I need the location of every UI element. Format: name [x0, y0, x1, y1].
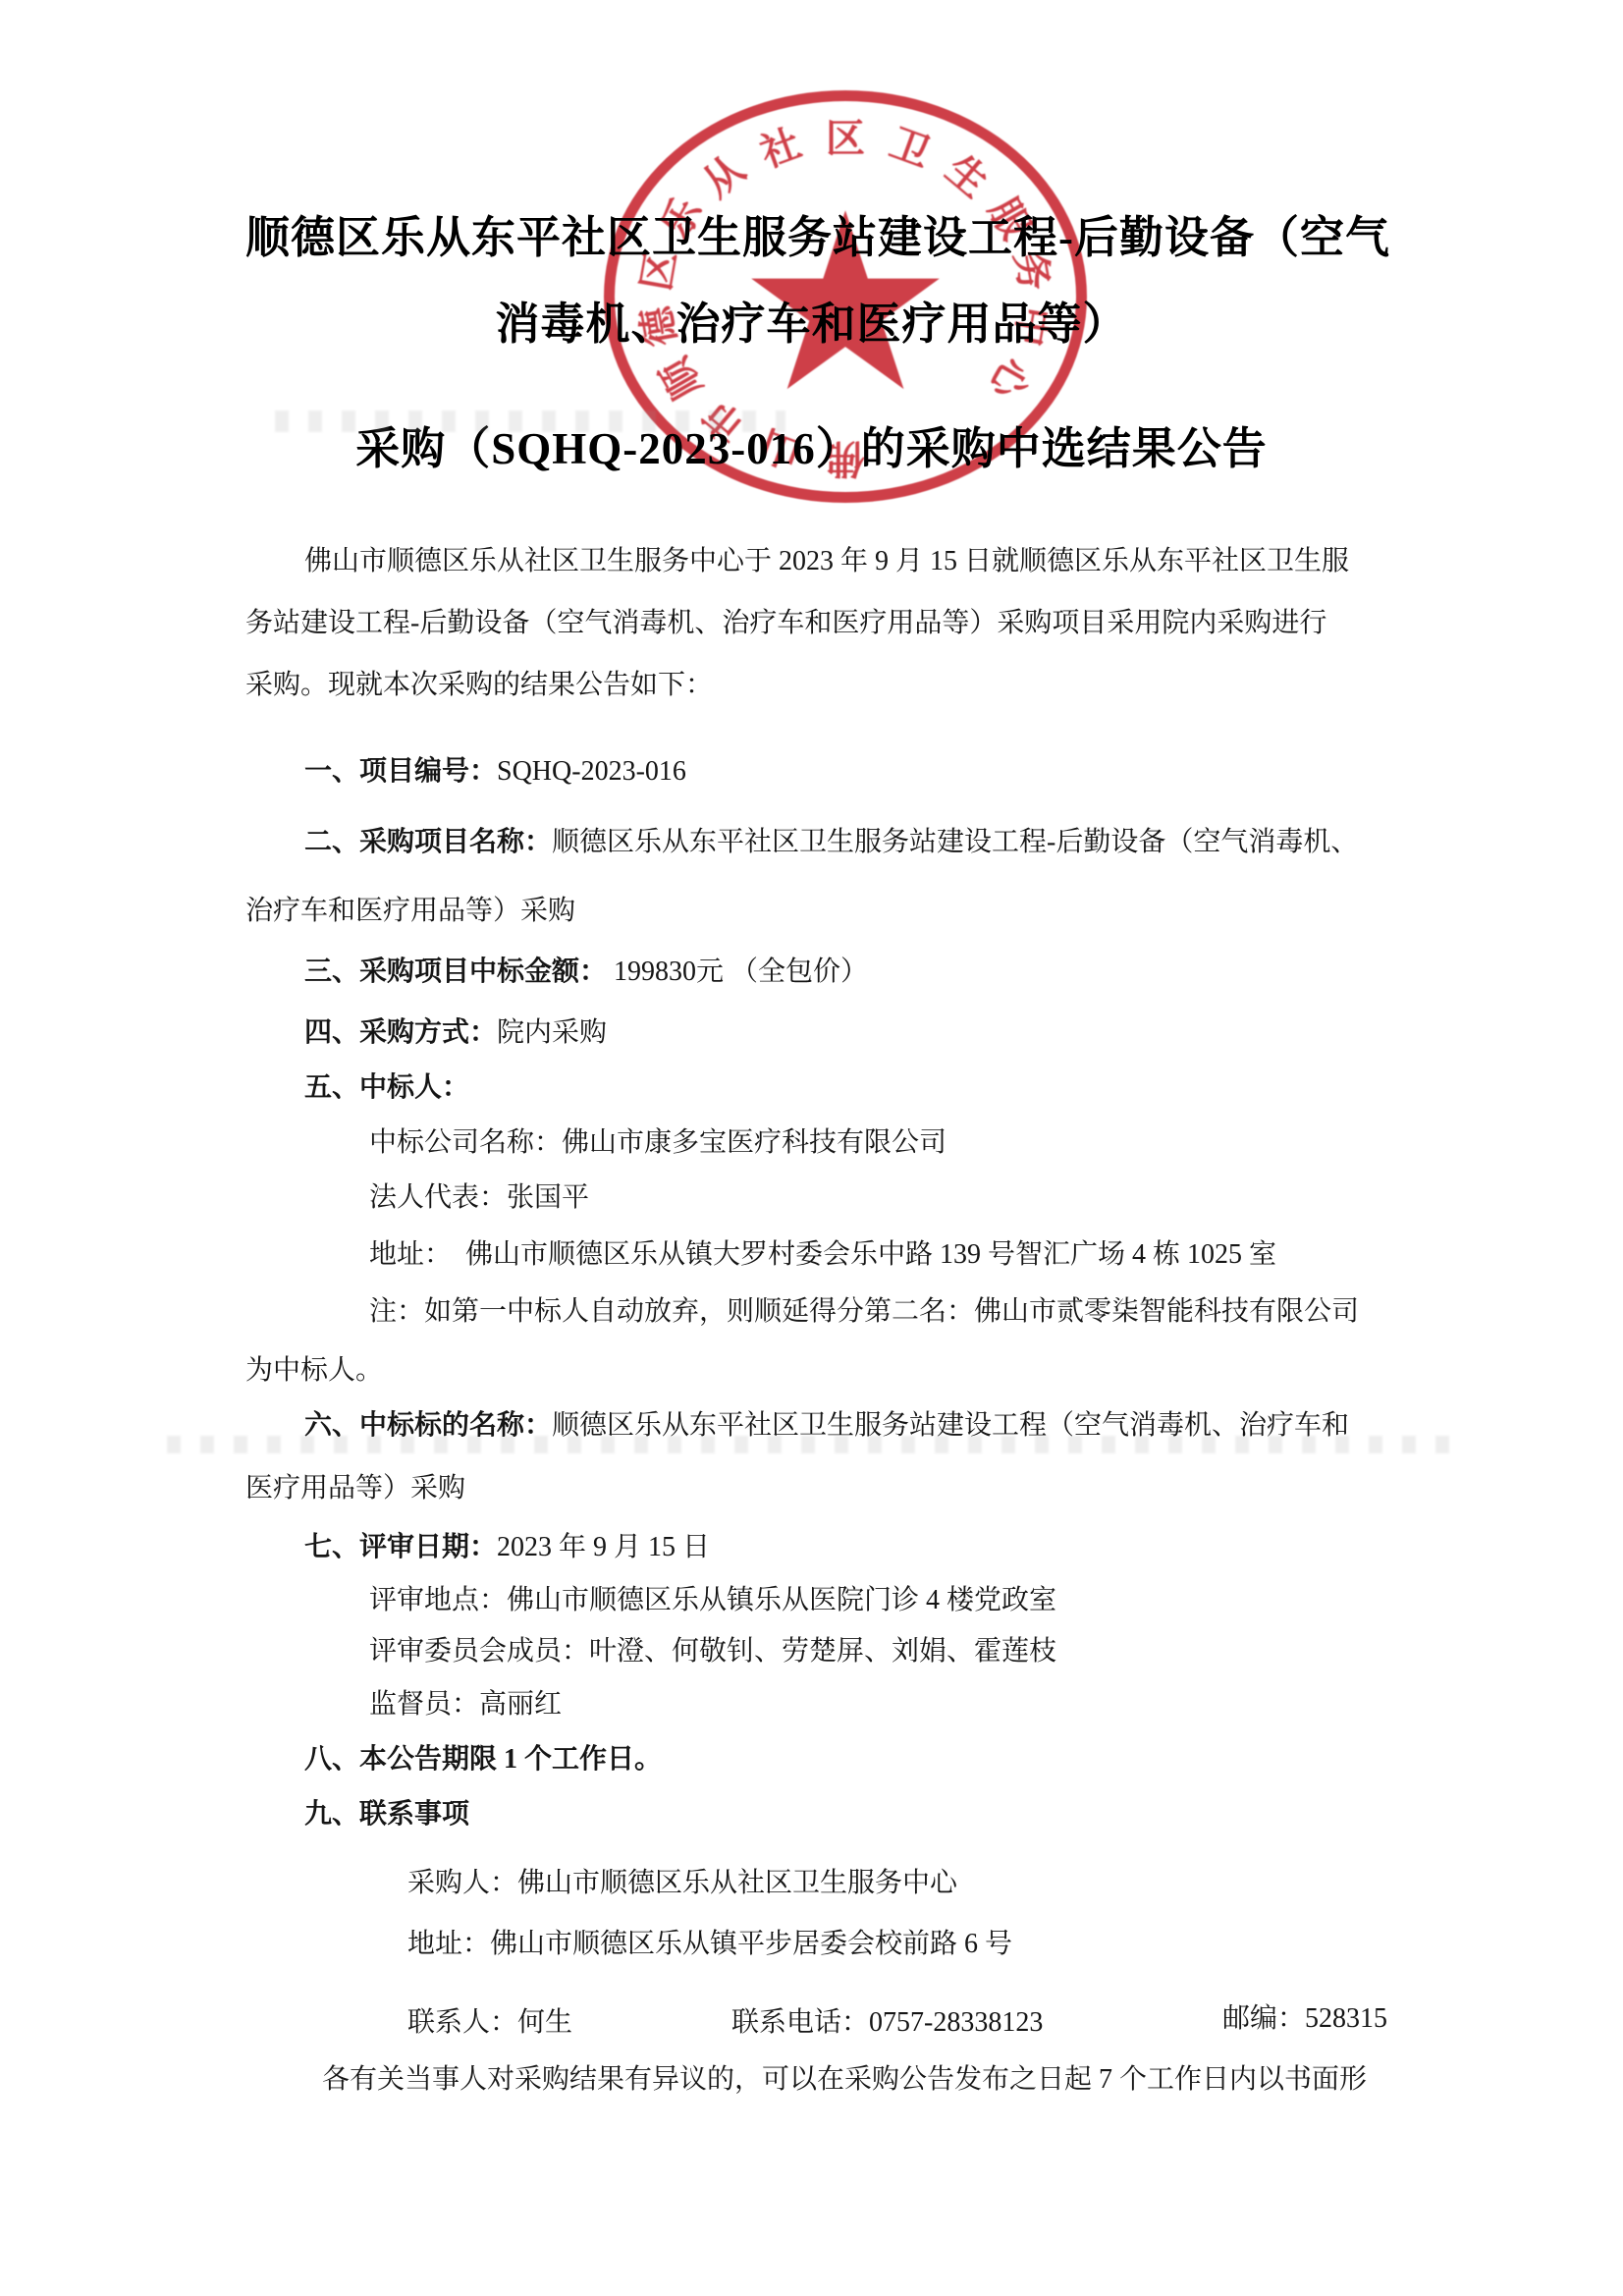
intro-line-2: 务站建设工程-后勤设备（空气消毒机、治疗车和医疗用品等）采购项目采用院内采购进行 [245, 604, 1326, 643]
seal-text-char: 顺 [645, 349, 713, 410]
item-8-announcement-period: 八、本公告期限 1 个工作日。 [304, 1740, 662, 1779]
contact-address: 地址：佛山市顺德区乐从镇平步居委会校前路 6 号 [407, 1925, 1012, 1964]
item-2-continued: 治疗车和医疗用品等）采购 [245, 892, 575, 931]
contact-phone: 联系电话：0757-28338123 [731, 2003, 1043, 2043]
item-2-project-name: 二、采购项目名称：顺德区乐从东平社区卫生服务站建设工程-后勤设备（空气消毒机、 [304, 823, 1358, 862]
item-7-label: 七、评审日期： [304, 1532, 497, 1562]
seal-text-char: 社 [751, 112, 807, 178]
item-6-value: 顺德区乐从东平社区卫生服务站建设工程（空气消毒机、治疗车和 [552, 1410, 1349, 1441]
item-4-value: 院内采购 [497, 1017, 607, 1048]
contact-postcode: 邮编：528315 [1222, 1999, 1387, 2039]
winner-legal-rep: 法人代表：张国平 [369, 1178, 589, 1218]
intro-line-3: 采购。现就本次采购的结果公告如下： [245, 666, 713, 705]
item-5-label: 五、中标人： [304, 1072, 469, 1103]
winner-note: 注：如第一中标人自动放弃，则顺延得分第二名：佛山市贰零柒智能科技有限公司 [369, 1292, 1359, 1332]
item-1-project-number: 一、项目编号：SQHQ-2023-016 [304, 752, 686, 792]
item-9-label: 九、联系事项 [304, 1799, 469, 1830]
contact-purchaser: 采购人：佛山市顺德区乐从社区卫生服务中心 [407, 1864, 957, 1903]
seal-text-char: 卫 [883, 112, 939, 178]
item-4-method: 四、采购方式：院内采购 [304, 1013, 607, 1053]
item-9-contact-matters: 九、联系事项 [304, 1795, 469, 1834]
page-title-line-1: 顺德区乐从东平社区卫生服务站建设工程-后勤设备（空气 [245, 201, 1378, 265]
item-1-label: 一、项目编号： [304, 756, 497, 787]
scan-noise [275, 410, 785, 432]
item-7-review-date: 七、评审日期：2023 年 9 月 15 日 [304, 1528, 710, 1567]
item-6-label: 六、中标标的名称： [304, 1410, 552, 1441]
seal-text-char: 区 [826, 108, 865, 164]
item-5-winner: 五、中标人： [304, 1068, 469, 1108]
review-location: 评审地点：佛山市顺德区乐从镇乐从医院门诊 4 楼党政室 [369, 1581, 1056, 1620]
seal-text-char: 心 [978, 349, 1046, 410]
intro-line-1: 佛山市顺德区乐从社区卫生服务中心于 2023 年 9 月 15 日就顺德区乐从东… [304, 542, 1349, 581]
page-title-line-2: 消毒机、治疗车和医疗用品等） [245, 288, 1378, 352]
winner-note-continued: 为中标人。 [245, 1351, 383, 1391]
item-6-continued: 医疗用品等）采购 [245, 1469, 465, 1508]
contact-person: 联系人：何生 [407, 2003, 572, 2043]
objection-notice: 各有关当事人对采购结果有异议的，可以在采购公告发布之日起 7 个工作日内以书面形 [322, 2060, 1367, 2100]
item-3-award-amount: 三、采购项目中标金额： 199830元 （全包价） [304, 953, 868, 992]
seal-text-char: 从 [688, 139, 754, 207]
item-3-label: 三、采购项目中标金额： [304, 957, 607, 987]
item-2-label: 二、采购项目名称： [304, 827, 552, 857]
winner-address: 地址： 佛山市顺德区乐从镇大罗村委会乐中路 139 号智汇广场 4 栋 1025… [369, 1235, 1276, 1275]
item-1-value: SQHQ-2023-016 [497, 756, 686, 787]
item-6-subject-name: 六、中标标的名称：顺德区乐从东平社区卫生服务站建设工程（空气消毒机、治疗车和 [304, 1406, 1349, 1446]
item-2-value: 顺德区乐从东平社区卫生服务站建设工程-后勤设备（空气消毒机、 [552, 827, 1358, 857]
review-committee: 评审委员会成员：叶澄、何敬钊、劳楚屏、刘娟、霍莲枝 [369, 1632, 1056, 1671]
item-4-label: 四、采购方式： [304, 1017, 497, 1048]
winner-company: 中标公司名称：佛山市康多宝医疗科技有限公司 [369, 1123, 947, 1163]
review-supervisor: 监督员：高丽红 [369, 1685, 562, 1724]
item-3-value: 199830元 （全包价） [607, 957, 868, 987]
item-7-value: 2023 年 9 月 15 日 [497, 1532, 710, 1562]
announcement-page: ★ 佛山市顺德区乐从社区卫生服务中心 顺德区乐从东平社区卫生服务站建设工程-后勤… [0, 0, 1623, 2296]
item-8-label: 八、本公告期限 1 个工作日。 [304, 1744, 662, 1775]
seal-text-char: 生 [936, 139, 1001, 207]
